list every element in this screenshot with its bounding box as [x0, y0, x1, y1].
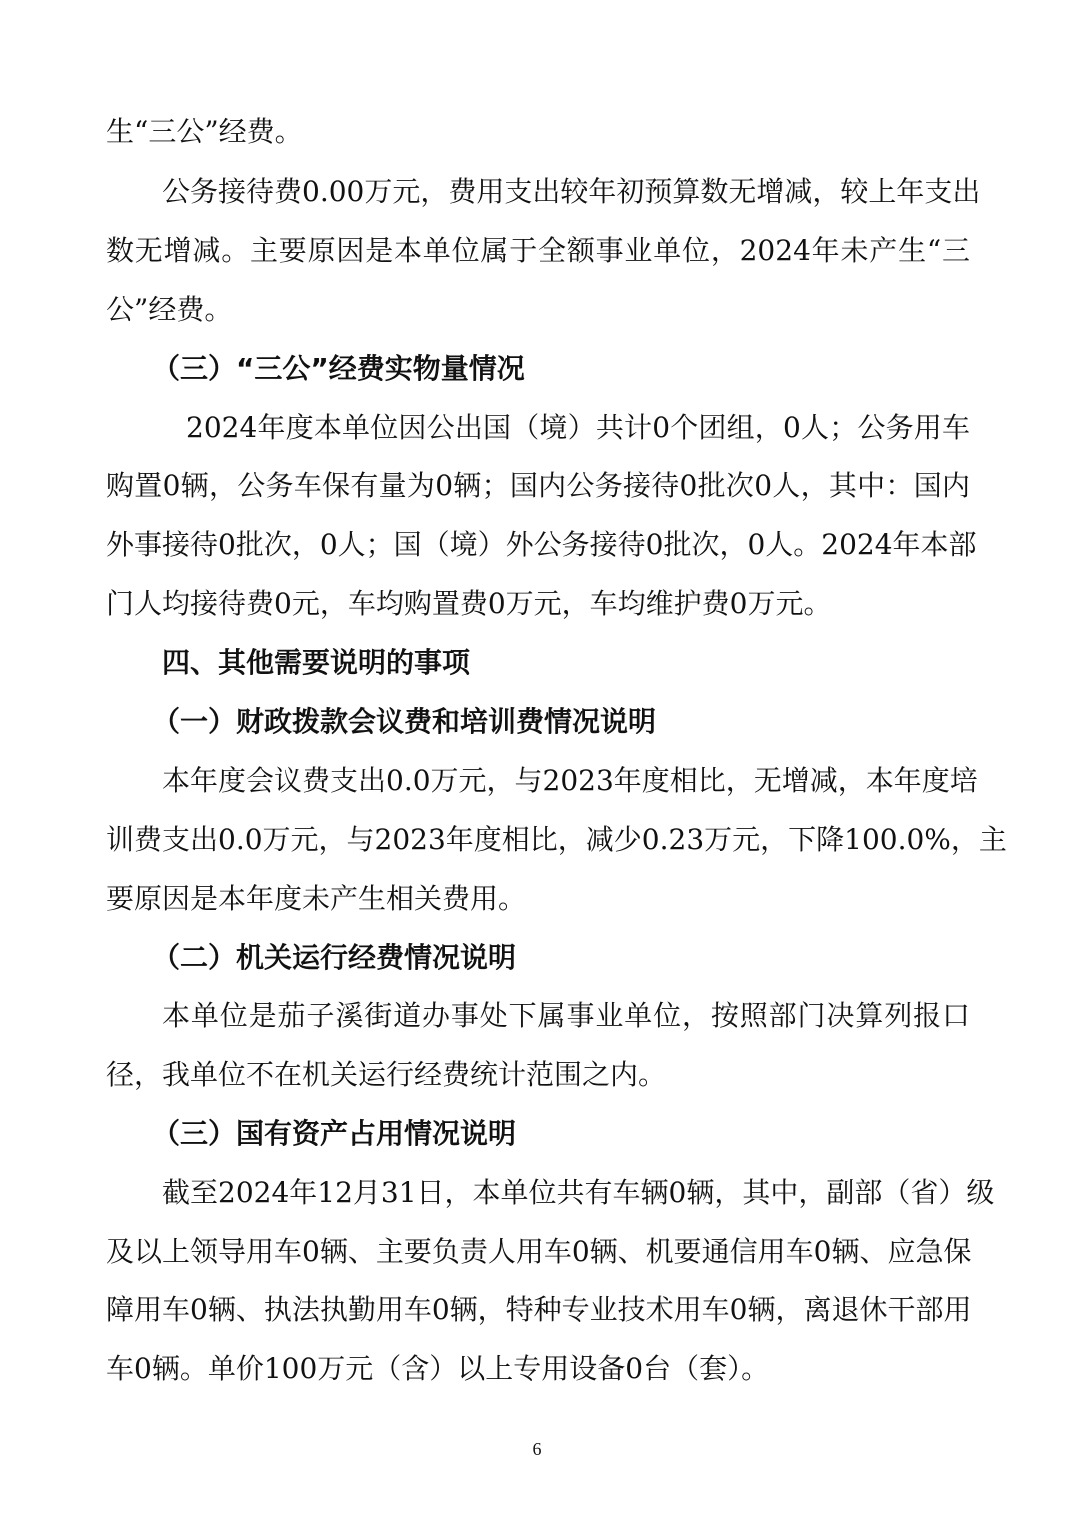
paragraph-line: 购置0辆，公务车保有量为0辆；国内公务接待0批次0人，其中：国内	[106, 466, 970, 506]
paragraph-line: 数无增减。主要原因是本单位属于全额事业单位，2024年未产生“三	[106, 231, 970, 271]
section-subheading: （三）“三公”经费实物量情况	[152, 349, 525, 389]
paragraph-line: 门人均接待费0元，车均购置费0万元，车均维护费0万元。	[106, 584, 970, 624]
paragraph-line: 生“三公”经费。	[106, 112, 970, 152]
section-subheading: （三）国有资产占用情况说明	[152, 1114, 516, 1154]
paragraph-line: 径，我单位不在机关运行经费统计范围之内。	[106, 1055, 970, 1095]
paragraph-line: 及以上领导用车0辆、主要负责人用车0辆、机要通信用车0辆、应急保	[106, 1232, 970, 1272]
section-subheading: （一）财政拨款会议费和培训费情况说明	[152, 702, 656, 742]
section-heading: 四、其他需要说明的事项	[162, 643, 470, 683]
paragraph-line: 公”经费。	[106, 290, 970, 330]
section-subheading: （二）机关运行经费情况说明	[152, 938, 516, 978]
page-number: 6	[0, 1438, 1074, 1460]
document-page: 生“三公”经费。 公务接待费0.00万元，费用支出较年初预算数无增减，较上年支出…	[0, 0, 1074, 1520]
paragraph-line: 本年度会议费支出0.0万元，与2023年度相比，无增减，本年度培	[162, 761, 970, 801]
paragraph-line: 公务接待费0.00万元，费用支出较年初预算数无增减，较上年支出	[162, 172, 970, 212]
paragraph-line: 要原因是本年度未产生相关费用。	[106, 879, 970, 919]
paragraph-line: 截至2024年12月31日，本单位共有车辆0辆，其中，副部（省）级	[162, 1173, 970, 1213]
paragraph-line: 车0辆。单价100万元（含）以上专用设备0台（套）。	[106, 1349, 970, 1389]
paragraph-line: 外事接待0批次，0人；国（境）外公务接待0批次，0人。2024年本部	[106, 525, 970, 565]
paragraph-line: 本单位是茄子溪街道办事处下属事业单位，按照部门决算列报口	[162, 996, 970, 1036]
paragraph-line: 障用车0辆、执法执勤用车0辆，特种专业技术用车0辆，离退休干部用	[106, 1290, 970, 1330]
paragraph-line: 2024年度本单位因公出国（境）共计0个团组，0人；公务用车	[186, 408, 970, 448]
paragraph-line: 训费支出0.0万元，与2023年度相比，减少0.23万元，下降100.0%，主	[106, 820, 970, 860]
